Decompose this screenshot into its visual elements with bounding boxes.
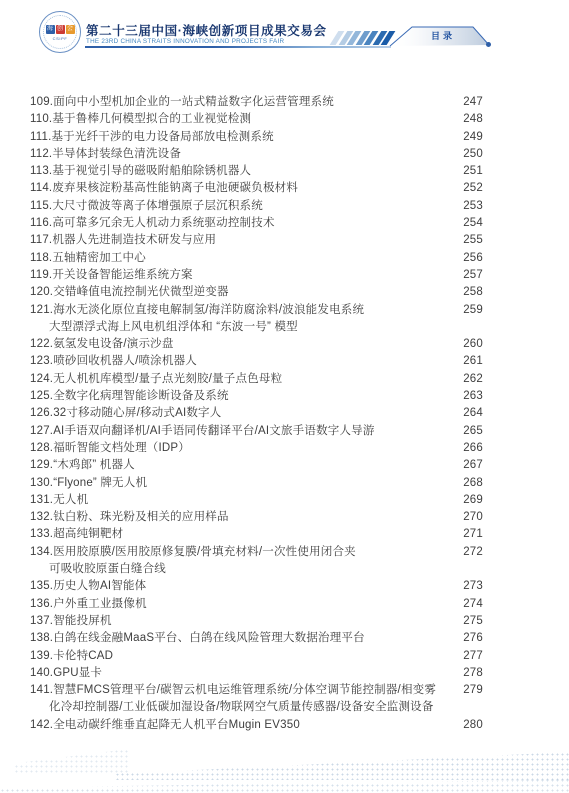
toc-entry[interactable]: 134.医用胶原膜/医用胶原修复膜/骨填充材料/一次性使用闭合夹 272 可吸收… [30,544,483,579]
toc-item-title: 无人机 [53,492,457,509]
toc-item-page: 275 [463,613,483,630]
toc-item-title: 废弃果核淀粉基高性能钠离子电池硬碳负极材料 [52,180,457,197]
toc-item-number: 119. [30,267,52,284]
toc-item-title: 历史人物AI智能体 [53,578,457,595]
toc-item-number: 112. [30,146,52,163]
toc-item-page: 279 [463,682,483,699]
toc-entry[interactable]: 122.氨氢发电设备/演示沙盘 260 [30,336,483,353]
toc-item-title: “Flyone” 牌无人机 [53,475,457,492]
toc-entry[interactable]: 137.智能投屏机 275 [30,613,483,630]
toc-entry[interactable]: 110.基于鲁棒几何模型拟合的工业视觉检测 248 [30,111,483,128]
fair-logo: 海 创 会 CSIPF [39,11,81,53]
toc-item-number: 141. [30,682,53,699]
toc-item-number: 136. [30,596,53,613]
toc-item-title: 钛白粉、珠光粉及相关的应用样品 [53,509,457,526]
toc-item-number: 137. [30,613,53,630]
toc-item-page: 247 [463,94,483,111]
fair-title-chinese: 第二十三届中国·海峡创新项目成果交易会 [86,21,327,39]
toc-item-title: 氨氢发电设备/演示沙盘 [53,336,457,353]
toc-item-number: 116. [30,215,52,232]
toc-item-title: 全电动碳纤维垂直起降无人机平台Mugin EV350 [53,717,457,734]
toc-item-number: 121. [30,302,53,319]
toc-entry[interactable]: 127.AI手语双向翻译机/AI手语同传翻译平台/AI文旅手语数字人导游 265 [30,423,483,440]
toc-item-page: 256 [463,250,483,267]
logo-block-hui: 会 [66,25,75,34]
toc-item-title: 32寸移动随心屏/移动式AI数字人 [53,405,457,422]
toc-entry[interactable]: 124.无人机机库模型/量子点光刻胶/量子点色母粒 262 [30,371,483,388]
toc-item-title: 户外重工业摄像机 [53,596,457,613]
toc-item-page: 265 [463,423,483,440]
toc-item-number: 125. [30,388,53,405]
toc-entry[interactable]: 139.卡伦特CAD 277 [30,648,483,665]
toc-item-title: 海水无淡化原位直接电解制氢/海洋防腐涂料/波浪能发电系统 [53,302,457,319]
toc-item-title: 医用胶原膜/医用胶原修复膜/骨填充材料/一次性使用闭合夹 [53,544,457,561]
toc-entry[interactable]: 121.海水无淡化原位直接电解制氢/海洋防腐涂料/波浪能发电系统 259 大型漂… [30,302,483,337]
toc-item-number: 110. [30,111,52,128]
toc-item-page: 267 [463,457,483,474]
toc-entry[interactable]: 120.交错峰值电流控制光伏微型逆变器 258 [30,284,483,301]
toc-item-number: 115. [30,198,52,215]
toc-item-line2: 大型漂浮式海上风电机组浮体和 “东波一号” 模型 [30,319,483,336]
toc-item-number: 129. [30,457,53,474]
toc-item-line2: 可吸收胶原蛋白缝合线 [30,561,483,578]
toc-entry[interactable]: 142.全电动碳纤维垂直起降无人机平台Mugin EV350 280 [30,717,483,734]
toc-item-title: 基于视觉引导的磁吸附船舶除锈机器人 [52,163,457,180]
toc-item-page: 268 [463,475,483,492]
toc-item-number: 128. [30,440,53,457]
toc-item-number: 118. [30,250,52,267]
toc-entry[interactable]: 130.“Flyone” 牌无人机 268 [30,475,483,492]
toc-item-page: 276 [463,630,483,647]
toc-entry[interactable]: 111.基于光纤干涉的电力设备局部放电检测系统 249 [30,129,483,146]
toc-item-number: 140. [30,665,53,682]
toc-item-number: 132. [30,509,53,526]
toc-item-title: 高可靠多冗余无人机动力系统驱动控制技术 [52,215,457,232]
toc-item-page: 264 [463,405,483,422]
toc-item-title: 交错峰值电流控制光伏微型逆变器 [53,284,457,301]
toc-item-page: 266 [463,440,483,457]
toc-item-page: 259 [463,302,483,319]
toc-item-page: 277 [463,648,483,665]
toc-item-title: 卡伦特CAD [53,648,457,665]
footer-dot-pattern [0,731,569,793]
toc-entry[interactable]: 117.机器人先进制造技术研发与应用 255 [30,232,483,249]
toc-item-page: 271 [463,526,483,543]
toc-item-title: 五轴精密加工中心 [52,250,457,267]
toc-entry[interactable]: 136.户外重工业摄像机 274 [30,596,483,613]
toc-entry[interactable]: 119.开关设备智能运维系统方案 257 [30,267,483,284]
toc-item-number: 126. [30,405,53,422]
toc-item-line2: 化冷却控制器/工业低碳加湿设备/物联网空气质量传感器/设备安全监测设备 [30,699,483,716]
toc-item-number: 127. [30,423,53,440]
toc-item-title: 大尺寸微波等离子体增强原子层沉积系统 [52,198,457,215]
toc-item-title: 开关设备智能运维系统方案 [52,267,457,284]
toc-item-title: 超高纯铜靶材 [53,526,457,543]
toc-entry[interactable]: 115.大尺寸微波等离子体增强原子层沉积系统 253 [30,198,483,215]
logo-block-chuang: 创 [56,25,65,34]
toc-item-title: AI手语双向翻译机/AI手语同传翻译平台/AI文旅手语数字人导游 [53,423,457,440]
toc-entry[interactable]: 132.钛白粉、珠光粉及相关的应用样品 270 [30,509,483,526]
toc-item-title: 喷砂回收机器人/喷涂机器人 [53,353,457,370]
toc-item-page: 252 [463,180,483,197]
toc-item-number: 124. [30,371,53,388]
toc-item-title: 白鸽在线金融MaaS平台、白鸽在线风险管理大数据治理平台 [53,630,457,647]
toc-entry[interactable]: 128.福昕智能文档处理（IDP） 266 [30,440,483,457]
toc-entry[interactable]: 113.基于视觉引导的磁吸附船舶除锈机器人 251 [30,163,483,180]
toc-item-page: 270 [463,509,483,526]
toc-item-title: 智能投屏机 [53,613,457,630]
toc-item-title: 面向中小型机加企业的一站式精益数字化运营管理系统 [53,94,457,111]
toc-page: 海 创 会 CSIPF 第二十三届中国·海峡创新项目成果交易会 THE 23RD… [0,0,569,793]
toc-item-page: 258 [463,284,483,301]
toc-item-page: 262 [463,371,483,388]
toc-item-number: 109. [30,94,53,111]
toc-item-title: 无人机机库模型/量子点光刻胶/量子点色母粒 [53,371,457,388]
toc-item-title: 智慧FMCS管理平台/碳智云机电运维管理系统/分体空调节能控制器/相变雾 [53,682,457,699]
toc-item-page: 269 [463,492,483,509]
toc-item-number: 135. [30,578,53,595]
toc-item-page: 260 [463,336,483,353]
toc-entry[interactable]: 116.高可靠多冗余无人机动力系统驱动控制技术 254 [30,215,483,232]
fair-title-english: THE 23RD CHINA STRAITS INNOVATION AND PR… [86,38,284,45]
header-stripes-decoration [334,31,391,45]
toc-item-title: GPU显卡 [53,665,457,682]
logo-csipf-text: CSIPF [40,36,80,41]
toc-item-number: 114. [30,180,52,197]
toc-item-title: “木鸡郎” 机器人 [53,457,457,474]
toc-item-number: 122. [30,336,53,353]
toc-item-page: 280 [463,717,483,734]
toc-item-number: 113. [30,163,52,180]
toc-entry[interactable]: 131.无人机 269 [30,492,483,509]
toc-entry[interactable]: 123.喷砂回收机器人/喷涂机器人 261 [30,353,483,370]
toc-item-title: 全数字化病理智能诊断设备及系统 [53,388,457,405]
toc-item-number: 134. [30,544,53,561]
toc-list: 109.面向中小型机加企业的一站式精益数字化运营管理系统 247 110.基于鲁… [30,94,483,734]
toc-corner-label: 目录 [412,29,474,42]
toc-item-title: 福昕智能文档处理（IDP） [53,440,457,457]
toc-entry[interactable]: 133.超高纯铜靶材 271 [30,526,483,543]
toc-item-page: 272 [463,544,483,561]
toc-item-page: 273 [463,578,483,595]
toc-entry[interactable]: 129.“木鸡郎” 机器人 267 [30,457,483,474]
header-rule-line [85,46,391,48]
toc-item-number: 117. [30,232,52,249]
toc-item-page: 263 [463,388,483,405]
toc-item-number: 131. [30,492,53,509]
toc-entry[interactable]: 140.GPU显卡 278 [30,665,483,682]
toc-item-number: 133. [30,526,53,543]
toc-item-page: 253 [463,198,483,215]
toc-item-number: 120. [30,284,53,301]
toc-item-page: 251 [463,163,483,180]
toc-item-title: 半导体封装绿色清洗设备 [52,146,457,163]
toc-entry[interactable]: 125.全数字化病理智能诊断设备及系统 263 [30,388,483,405]
toc-item-number: 111. [30,129,51,146]
header-end-dot [486,42,491,47]
toc-item-page: 274 [463,596,483,613]
toc-item-page: 248 [463,111,483,128]
toc-item-page: 255 [463,232,483,249]
toc-item-page: 249 [463,129,483,146]
toc-entry[interactable]: 135.历史人物AI智能体 273 [30,578,483,595]
toc-item-page: 278 [463,665,483,682]
toc-item-number: 142. [30,717,53,734]
toc-item-page: 250 [463,146,483,163]
toc-item-title: 机器人先进制造技术研发与应用 [52,232,457,249]
toc-entry[interactable]: 118.五轴精密加工中心 256 [30,250,483,267]
toc-item-number: 139. [30,648,53,665]
toc-item-number: 130. [30,475,53,492]
fair-logo-emblem: 海 创 会 [40,25,80,34]
toc-item-number: 138. [30,630,53,647]
toc-entry[interactable]: 141.智慧FMCS管理平台/碳智云机电运维管理系统/分体空调节能控制器/相变雾… [30,682,483,717]
toc-item-page: 261 [463,353,483,370]
toc-item-title: 基于鲁棒几何模型拟合的工业视觉检测 [52,111,457,128]
toc-entry[interactable]: 138.白鸽在线金融MaaS平台、白鸽在线风险管理大数据治理平台 276 [30,630,483,647]
toc-item-number: 123. [30,353,53,370]
toc-entry[interactable]: 126.32寸移动随心屏/移动式AI数字人 264 [30,405,483,422]
toc-entry[interactable]: 109.面向中小型机加企业的一站式精益数字化运营管理系统 247 [30,94,483,111]
toc-item-page: 257 [463,267,483,284]
toc-item-page: 254 [463,215,483,232]
toc-entry[interactable]: 114.废弃果核淀粉基高性能钠离子电池硬碳负极材料 252 [30,180,483,197]
logo-block-hai: 海 [46,25,55,34]
toc-entry[interactable]: 112.半导体封装绿色清洗设备 250 [30,146,483,163]
toc-item-title: 基于光纤干涉的电力设备局部放电检测系统 [51,129,457,146]
